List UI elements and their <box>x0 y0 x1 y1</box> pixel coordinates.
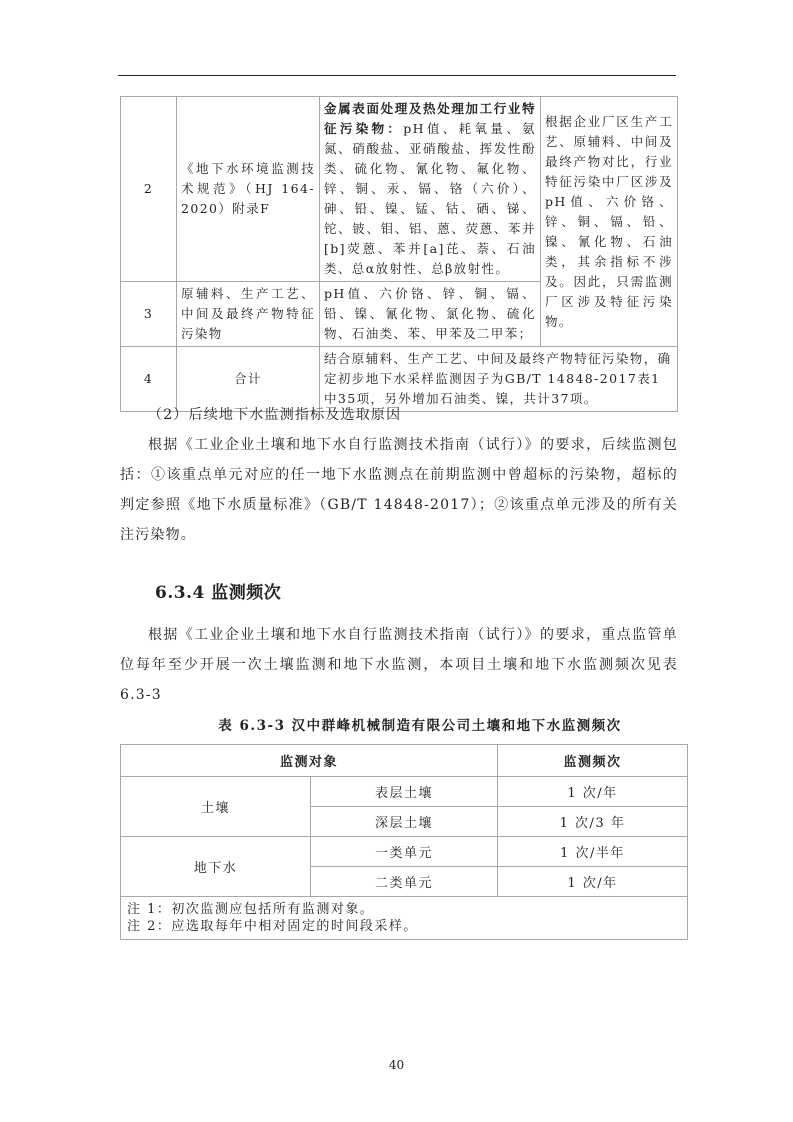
section-2-text: （2）后续地下水监测指标及选取原因 根据《工业企业土壤和地下水自行监测技术指南（… <box>120 400 678 550</box>
frequency: 1 次/年 <box>498 867 688 897</box>
header-object: 监测对象 <box>121 745 498 777</box>
table-row: 2 《地下水环境监测技术规范》（HJ 164-2020）附录F 金属表面处理及热… <box>121 97 678 282</box>
frequency: 1 次/3 年 <box>498 807 688 837</box>
row-number: 3 <box>121 282 177 347</box>
row-items: pH值、六价铬、锌、铜、镉、铅、镍、氰化物、氯化物、硫化物、石油类、苯、甲苯及二… <box>320 282 541 347</box>
pollutant-factor-table: 2 《地下水环境监测技术规范》（HJ 164-2020）附录F 金属表面处理及热… <box>120 96 678 412</box>
note: 注 1：初次监测应包括所有监测对象。 <box>127 901 681 918</box>
frequency: 1 次/年 <box>498 777 688 807</box>
note: 注 2：应选取每年中相对固定的时间段采样。 <box>127 918 681 935</box>
section-heading: 6.3.4 监测频次 <box>155 578 281 603</box>
sub-object: 表层土壤 <box>311 777 498 807</box>
group-name: 土壤 <box>121 777 311 837</box>
group-name: 地下水 <box>121 837 311 897</box>
sub-object: 深层土壤 <box>311 807 498 837</box>
row-number: 2 <box>121 97 177 282</box>
row-items: 金属表面处理及热处理加工行业特征污染物：pH值、耗氧量、氨氮、硝酸盐、亚硝酸盐、… <box>320 97 541 282</box>
row-source: 《地下水环境监测技术规范》（HJ 164-2020）附录F <box>177 97 320 282</box>
sub-object: 一类单元 <box>311 837 498 867</box>
table-header-row: 监测对象 监测频次 <box>121 745 688 777</box>
header-rule <box>118 75 676 76</box>
paragraph: 根据《工业企业土壤和地下水自行监测技术指南（试行）》的要求，后续监测包括：①该重… <box>120 430 678 550</box>
frequency: 1 次/半年 <box>498 837 688 867</box>
row-source: 原辅料、生产工艺、中间及最终产物特征污染物 <box>177 282 320 347</box>
table-note-row: 注 1：初次监测应包括所有监测对象。 注 2：应选取每年中相对固定的时间段采样。 <box>121 897 688 940</box>
table-row: 地下水 一类单元 1 次/半年 <box>121 837 688 867</box>
header-frequency: 监测频次 <box>498 745 688 777</box>
sub-object: 二类单元 <box>311 867 498 897</box>
items-text: pH值、耗氧量、氨氮、硝酸盐、亚硝酸盐、挥发性酚类、硫化物、氰化物、氟化物、锌、… <box>324 121 536 276</box>
table-caption: 表 6.3-3 汉中群峰机械制造有限公司土壤和地下水监测频次 <box>120 714 720 734</box>
page-number: 40 <box>0 1058 793 1072</box>
table-notes: 注 1：初次监测应包括所有监测对象。 注 2：应选取每年中相对固定的时间段采样。 <box>121 897 688 940</box>
monitoring-frequency-table: 监测对象 监测频次 土壤 表层土壤 1 次/年 深层土壤 1 次/3 年 地下水… <box>120 744 688 940</box>
row-reason: 根据企业厂区生产工艺、原辅料、中间及最终产物对比，行业特征污染中厂区涉及pH值、… <box>541 97 678 347</box>
table-row: 土壤 表层土壤 1 次/年 <box>121 777 688 807</box>
subheading: （2）后续地下水监测指标及选取原因 <box>120 400 678 430</box>
paragraph: 根据《工业企业土壤和地下水自行监测技术指南（试行）》的要求，重点监管单位每年至少… <box>120 620 678 710</box>
